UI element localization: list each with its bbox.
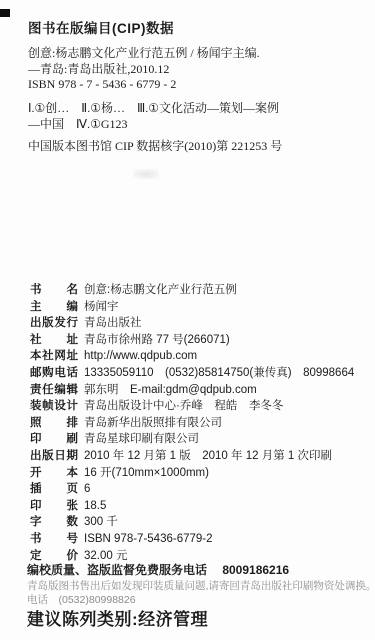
colophon-row-editor: 责任编辑郭东明 E-mail:gdm@qdpub.com: [30, 382, 375, 399]
cip-classification-line-2: —中国 Ⅳ.①G123: [28, 116, 363, 132]
cip-registration-line: 中国版本图书馆 CIP 数据核字(2010)第 221253 号: [28, 138, 363, 154]
row-value: 300 千: [84, 516, 118, 528]
cip-classification-line-1: Ⅰ.①创… Ⅱ.①杨… Ⅲ.①文化活动—策划—案例: [28, 100, 363, 116]
colophon-row-inserts: 插页6: [30, 481, 375, 498]
row-label: 定价: [30, 548, 78, 565]
colophon-row-publisher: 出版发行青岛出版社: [30, 315, 375, 332]
row-value: 13335059110 (0532)85814750(兼传真) 80998664: [84, 367, 354, 379]
row-value: 创意:杨志鹏文化产业行范五例: [84, 284, 237, 296]
row-label: 出版发行: [30, 315, 78, 332]
return-notice-line: 青岛版图书售出后如发现印装质量问题,请寄回青岛出版社印刷物资处调换。: [27, 579, 375, 593]
row-label: 主编: [30, 299, 78, 316]
row-value: 18.5: [84, 500, 106, 512]
footer-notices: 编校质量、盗版监督免费服务电话 8009186216 青岛版图书售出后如发现印装…: [27, 563, 375, 631]
row-value: 2010 年 12 月第 1 版 2010 年 12 月第 1 次印刷: [84, 450, 332, 462]
colophon-row-book-title: 书名创意:杨志鹏文化产业行范五例: [30, 282, 375, 299]
colophon-row-website: 本社网址http://www.qdpub.com: [30, 348, 375, 365]
row-value: 32.00 元: [84, 550, 127, 562]
row-value: 杨闻宇: [84, 301, 119, 313]
row-label: 开本: [30, 465, 78, 482]
row-label: 出版日期: [30, 448, 78, 465]
row-label: 社址: [30, 332, 78, 349]
row-label: 书名: [30, 282, 78, 299]
cip-isbn-line: ISBN 978 - 7 - 5436 - 6779 - 2: [28, 77, 363, 93]
colophon-info-list: 书名创意:杨志鹏文化产业行范五例 主编杨闻宇 出版发行青岛出版社 社址青岛市徐州…: [30, 282, 375, 564]
cip-publisher-line: —青岛:青岛出版社,2010.12: [28, 62, 363, 78]
colophon-row-pub-date: 出版日期2010 年 12 月第 1 版 2010 年 12 月第 1 次印刷: [30, 448, 375, 465]
row-label: 本社网址: [30, 348, 78, 365]
row-label: 插页: [30, 481, 78, 498]
row-label: 印刷: [30, 431, 78, 448]
quality-hotline-line: 编校质量、盗版监督免费服务电话 8009186216: [27, 563, 375, 579]
row-label: 书号: [30, 531, 78, 548]
colophon-row-word-count: 字数300 千: [30, 514, 375, 531]
row-value: ISBN 978-7-5436-6779-2: [84, 533, 213, 545]
scan-smudge: [133, 169, 159, 179]
colophon-row-address: 社址青岛市徐州路 77 号(266071): [30, 332, 375, 349]
row-label: 字数: [30, 514, 78, 531]
return-phone-line: 电话 (0532)80998826: [27, 593, 375, 607]
row-value: 青岛出版社: [84, 317, 142, 329]
row-value: 青岛星球印刷有限公司: [84, 433, 199, 445]
row-label: 责任编辑: [30, 382, 78, 399]
row-value: 16 开(710mm×1000mm): [84, 467, 209, 479]
colophon-row-isbn: 书号ISBN 978-7-5436-6779-2: [30, 531, 375, 548]
row-label: 照排: [30, 415, 78, 432]
row-label: 印张: [30, 498, 78, 515]
row-label: 装帧设计: [30, 398, 78, 415]
row-value: 郭东明 E-mail:gdm@qdpub.com: [84, 384, 257, 396]
row-value: 青岛新华出版照排有限公司: [84, 417, 222, 429]
colophon-row-chief-editor: 主编杨闻宇: [30, 299, 375, 316]
colophon-row-format: 开本16 开(710mm×1000mm): [30, 465, 375, 482]
colophon-row-sheets: 印张18.5: [30, 498, 375, 515]
cip-title-line: 创意:杨志鹏文化产业行范五例 / 杨闻宇主编.: [28, 46, 363, 62]
scan-artifact-mark: [0, 9, 10, 17]
cip-heading: 图书在版编目(CIP)数据: [28, 17, 363, 37]
book-copyright-page: 图书在版编目(CIP)数据 创意:杨志鹏文化产业行范五例 / 杨闻宇主编. —青…: [0, 0, 375, 640]
colophon-row-typesetting: 照排青岛新华出版照排有限公司: [30, 415, 375, 432]
colophon-row-design: 装帧设计青岛出版设计中心·乔峰 程皓 李冬冬: [30, 398, 375, 415]
row-value: http://www.qdpub.com: [84, 350, 197, 362]
colophon-row-printing: 印刷青岛星球印刷有限公司: [30, 431, 375, 448]
row-value: 青岛市徐州路 77 号(266071): [84, 334, 230, 346]
row-value: 青岛出版设计中心·乔峰 程皓 李冬冬: [84, 400, 283, 412]
row-label: 邮购电话: [30, 365, 78, 382]
row-value: 6: [84, 483, 90, 495]
colophon-row-order-phone: 邮购电话13335059110 (0532)85814750(兼传真) 8099…: [30, 365, 375, 382]
colophon-row-price: 定价32.00 元: [30, 548, 375, 565]
cip-data-block: 图书在版编目(CIP)数据 创意:杨志鹏文化产业行范五例 / 杨闻宇主编. —青…: [28, 17, 363, 154]
shelving-category-line: 建议陈列类别:经济管理: [27, 608, 375, 631]
